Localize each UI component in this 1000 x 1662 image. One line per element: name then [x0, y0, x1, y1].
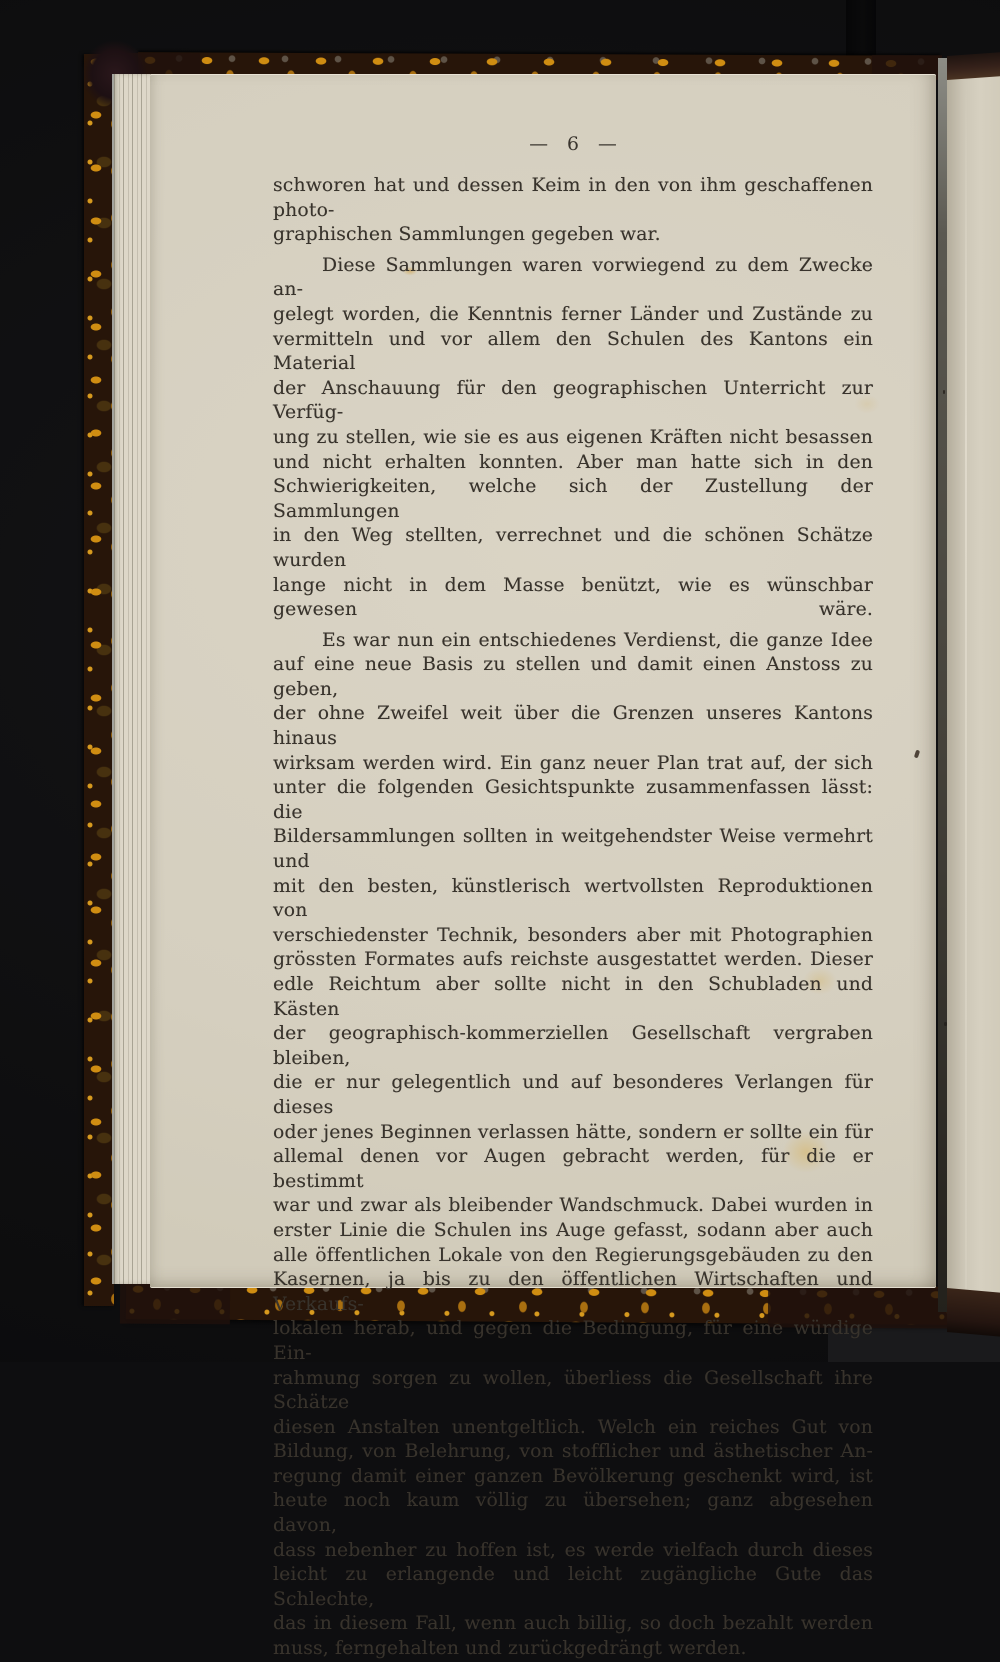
page-number-value: 6 [567, 134, 579, 155]
paragraph: Diese Sammlungen waren vorwiegend zu dem… [273, 254, 873, 623]
text-line: lange nicht in dem Masse benützt, wie es… [273, 574, 873, 623]
cover-corner-shade [120, 1282, 230, 1325]
facing-page-bottom-edge [947, 1288, 1000, 1337]
text-line: alle öffentlichen Lokale von den Regieru… [273, 1244, 873, 1269]
text-line: war und zwar als bleibender Wandschmuck.… [273, 1194, 873, 1219]
text-line: grössten Formates aufs reichste ausgesta… [273, 948, 873, 973]
header-dash-right: — [598, 134, 617, 155]
text-line: graphischen Sammlungen gegeben war. [273, 223, 873, 248]
text-line: mit den besten, künstlerisch wertvollste… [273, 875, 873, 924]
text-line: unter die folgenden Gesichtspunkte zusam… [273, 776, 873, 825]
text-line: die er nur gelegentlich und auf besonder… [273, 1071, 873, 1120]
book-cover-left-edge [84, 54, 114, 1306]
text-line: der ohne Zweifel weit über die Grenzen u… [273, 702, 873, 751]
text-line: ung zu stellen, wie sie es aus eigenen K… [273, 426, 873, 451]
text-line: und nicht erhalten konnten. Aber man hat… [273, 451, 873, 476]
text-line: Diese Sammlungen waren vorwiegend zu dem… [273, 254, 873, 303]
paragraph: schworen hat und dessen Keim in den von … [273, 174, 873, 248]
text-line: auf eine neue Basis zu stellen und damit… [273, 653, 873, 702]
gutter-shadow [938, 58, 947, 1312]
text-line: Kasernen, ja bis zu den öffentlichen Wir… [273, 1268, 873, 1317]
text-line: Es war nun ein entschiedenes Verdienst, … [273, 629, 873, 654]
paper-speck [944, 1022, 947, 1026]
facing-page-top-edge [947, 52, 1000, 80]
text-line: schworen hat und dessen Keim in den von … [273, 174, 873, 223]
text-block: schworen hat und dessen Keim in den von … [273, 174, 873, 1362]
text-line: verschiedenster Technik, besonders aber … [273, 924, 873, 949]
paragraph: Es war nun ein entschiedenes Verdienst, … [273, 629, 873, 1362]
text-line: gelegt worden, die Kenntnis ferner Lände… [273, 303, 873, 328]
paper-speck [943, 390, 945, 394]
text-line: wirksam werden wird. Ein ganz neuer Plan… [273, 752, 873, 777]
header-dash-left: — [529, 134, 548, 155]
text-line: der Anschauung für den geographischen Un… [273, 377, 873, 426]
text-line: Schwierigkeiten, welche sich der Zustell… [273, 475, 873, 524]
text-line: allemal denen vor Augen gebracht werden,… [273, 1145, 873, 1194]
text-line: oder jenes Beginnen verlassen hätte, son… [273, 1121, 873, 1146]
text-line: erster Linie die Schulen ins Auge gefass… [273, 1219, 873, 1244]
page-number: — 6 — [273, 131, 873, 157]
text-line: vermitteln und vor allem den Schulen des… [273, 328, 873, 377]
text-line: Bildersammlungen sollten in weitgehendst… [273, 825, 873, 874]
book-page: — 6 — schworen hat und dessen Keim in de… [150, 74, 936, 1288]
background-shadow-band [846, 0, 876, 60]
text-line: lokalen herab, und gegen die Bedingung, … [273, 1317, 873, 1362]
book-scan: — 6 — schworen hat und dessen Keim in de… [0, 0, 1000, 1362]
facing-page-crease [965, 76, 967, 1316]
facing-page-edge [947, 56, 1000, 1332]
text-line: in den Weg stellten, verrechnet und die … [273, 524, 873, 573]
text-line: der geographisch-kommerziellen Gesellsch… [273, 1022, 873, 1071]
text-line: edle Reichtum aber sollte nicht in den S… [273, 973, 873, 1022]
